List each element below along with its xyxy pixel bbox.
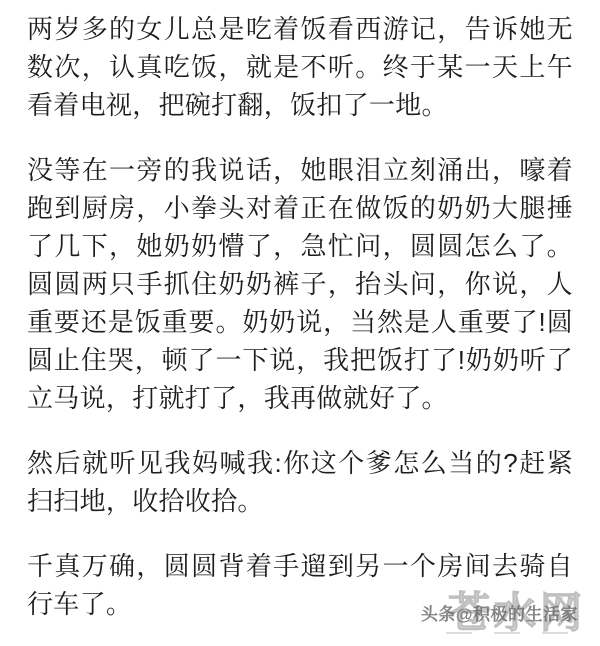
post-screenshot: 两岁多的女儿总是吃着饭看西游记，告诉她无数次，认真吃饭，就是不听。终于某一天上午… [0, 0, 600, 646]
paragraph-3: 然后就听见我妈喊我:你这个爹怎么当的?赶紧扫扫地，收拾收拾。 [27, 444, 573, 520]
paragraph-1: 两岁多的女儿总是吃着饭看西游记，告诉她无数次，认真吃饭，就是不听。终于某一天上午… [27, 10, 573, 124]
paragraph-4: 千真万确，圆圆背着手遛到另一个房间去骑自行车了。 [27, 547, 573, 623]
paragraph-2: 没等在一旁的我说话，她眼泪立刻涌出，嚎着跑到厨房，小拳头对着正在做饭的奶奶大腿捶… [27, 151, 573, 417]
story-text: 两岁多的女儿总是吃着饭看西游记，告诉她无数次，认真吃饭，就是不听。终于某一天上午… [27, 10, 573, 623]
watermark-underline-decoration [446, 632, 568, 634]
